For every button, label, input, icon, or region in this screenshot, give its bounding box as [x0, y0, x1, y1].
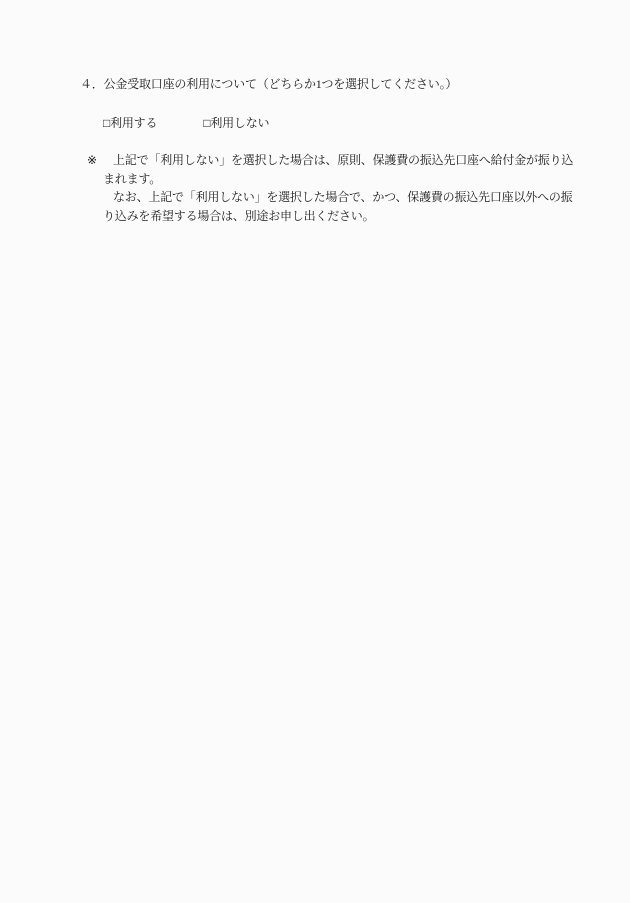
option-riyou-suru-label: 利用する — [110, 116, 157, 130]
reference-mark-icon: ※ — [87, 151, 97, 170]
checkbox-options-row: □利用する□利用しない — [103, 114, 269, 132]
note-line: り込みを希望する場合は、別途お申し出ください。 — [87, 207, 573, 226]
option-riyou-shinai-label: 利用しない — [210, 116, 269, 130]
checkbox-unchecked-icon[interactable]: □ — [103, 116, 110, 130]
note-line: 上記で「利用しない」を選択した場合は、原則、保護費の振込先口座へ給付金が振り込 — [87, 151, 573, 170]
note-line: なお、上記で「利用しない」を選択した場合で、かつ、保護費の振込先口座以外への振 — [87, 188, 573, 207]
document-page: ４．公金受取口座の利用について（どちらか1つを選択してください。） □利用する□… — [0, 0, 630, 903]
note-block: ※ 上記で「利用しない」を選択した場合は、原則、保護費の振込先口座へ給付金が振り… — [87, 151, 573, 226]
section-heading: ４．公金受取口座の利用について（どちらか1つを選択してください。） — [80, 75, 457, 93]
option-riyou-shinai[interactable]: □利用しない — [203, 114, 269, 132]
note-line: まれます。 — [87, 170, 573, 189]
option-riyou-suru[interactable]: □利用する — [103, 114, 157, 132]
